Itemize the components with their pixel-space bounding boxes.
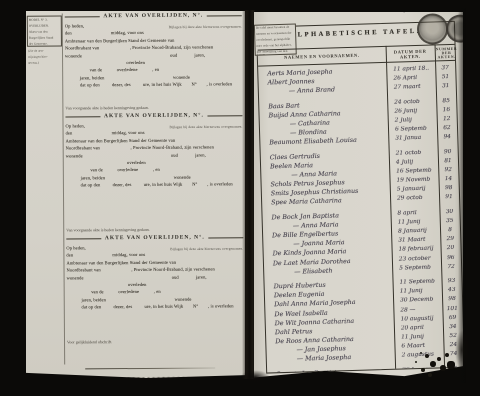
entry-number: 37 <box>435 65 455 72</box>
entry-date: 27 maart <box>387 84 436 91</box>
entry-date: 24 octob <box>387 98 436 105</box>
entry-date: 26 Januarij <box>395 366 444 373</box>
column-header-names: NAEMEN EN VOORNAEMEN. <box>258 52 386 61</box>
margin-label-box: MODEL N° 3.OVERLIJDEN.Akten van denBurge… <box>27 16 62 47</box>
entry-date: 11 Junij <box>391 218 440 225</box>
entry-date: 5 Septemb <box>392 264 441 271</box>
entry-number: 51 <box>435 74 455 81</box>
left-page: MODEL N° 3.OVERLIJDEN.Akten van denBurge… <box>26 11 245 378</box>
form-2-header: AKTE VAN OVERLIJDEN, N°. <box>65 112 242 119</box>
entry-number: 90 <box>438 148 458 155</box>
form-3-header: AKTE VAN OVERLIJDEN, N°. <box>66 234 243 241</box>
margin-label-line: MODEL N° 3. <box>29 19 60 22</box>
entry-number: 94 <box>437 134 457 141</box>
entry-number: 16 <box>436 107 456 114</box>
entry-date: 21 octob <box>389 149 438 156</box>
header-rule <box>65 116 100 117</box>
entry-number: 62 <box>437 125 457 132</box>
death-certificate-form-3: AKTE VAN OVERLIJDEN, N°. Bijlagen bij de… <box>66 234 244 347</box>
form-printed-line: dat op den dezer, des ure, in het huis W… <box>67 302 244 311</box>
entry-number: 12 <box>437 116 457 123</box>
form-printed-line: dat op den dezer, des ure, in het huis W… <box>65 81 242 90</box>
handwritten-caption: Overlijden <box>402 6 431 15</box>
entry-number: 30 <box>439 208 459 215</box>
entry-name: Smeets Jan Baptista <box>267 367 395 372</box>
signature-line <box>85 367 215 369</box>
entry-number: 91 <box>439 194 459 201</box>
page-edge-shadow <box>458 8 466 383</box>
entry-date: 11 Junij <box>393 287 442 294</box>
corner-note-line: naemen en voornaemen der <box>256 32 294 36</box>
form-2-title: AKTE VAN OVERLIJDEN, N°. <box>104 113 204 120</box>
form-2-footer: Van voorgaande akte is heden kennisgevin… <box>66 227 149 233</box>
margin-note: (Zie de aen-wijzingen hier-nevens.) <box>28 50 62 68</box>
death-certificate-form-1: AKTE VAN OVERLIJDEN, N°. Bijlagen bij de… <box>65 12 243 113</box>
entry-date: 16 Septemb <box>389 167 438 174</box>
right-page: Overlijden ALPHABETISCHE TAFEL. De tafel… <box>254 12 463 379</box>
entry-number: 14 <box>438 176 458 183</box>
column-header-numbers: NUMMER DER AKTEN. <box>435 46 459 59</box>
entry-date: 28 — <box>393 306 442 313</box>
corner-note-line: De tafel moet bevatten de <box>256 26 294 30</box>
column-header-dates: DATUM DER AKTEN. <box>386 48 435 59</box>
form-3-margin-note: Bijlagen bij deze akte hiernevens overge… <box>170 246 243 251</box>
death-certificate-form-2: AKTE VAN OVERLIJDEN, N°. Bijlagen bij de… <box>65 112 243 235</box>
form-1-margin-note: Bijlagen bij deze akte hiernevens overge… <box>169 24 242 29</box>
margin-label-line: OVERLIJDEN. <box>29 25 60 28</box>
form-1-footer: Van voorgaande akte is heden kennisgevin… <box>65 105 148 111</box>
alphabetical-table: Overlijden ALPHABETISCHE TAFEL. De tafel… <box>256 21 465 374</box>
form-3-footer: Voor gelijkluidend afschrift. <box>67 339 112 344</box>
form-column: AKTE VAN OVERLIJDEN, N°. Bijlagen bij de… <box>65 12 244 347</box>
bottom-dotted-rule <box>37 376 247 378</box>
form-2-margin-note: Bijlagen bij deze akte hiernevens overge… <box>169 124 242 129</box>
entry-date: 18 februarij <box>392 246 441 253</box>
entry-date: 8 Januarij <box>391 227 440 234</box>
entry-date: 6 Septemb <box>388 126 437 133</box>
entry-date: 31 Maart <box>391 237 440 244</box>
margin-note-line: nevens.) <box>28 62 62 65</box>
header-rule <box>209 237 244 238</box>
form-2-lines: Op heden,den middag, voor onsAmbtenaar v… <box>65 121 242 189</box>
entry-date: 20 april <box>394 324 443 331</box>
entry-date: 6 Maart <box>394 343 443 350</box>
entry-date: 4 Julij <box>389 158 438 165</box>
entry-number: 85 <box>436 97 456 104</box>
entry-date: 23 october <box>392 255 441 262</box>
page-binding-crease <box>242 10 255 379</box>
entry-date: 10 augustij <box>394 315 443 322</box>
entry-date: 2 Julij <box>388 116 437 123</box>
entry-date: 26 Junij <box>387 107 436 114</box>
entry-date: 11 Septemb <box>392 278 441 285</box>
margin-note-line: wijzingen hier- <box>28 56 62 59</box>
form-3-lines: Op heden,den middag, voor onsAmbtenaar v… <box>66 243 243 311</box>
entry-date: 30 Decemb <box>393 297 442 304</box>
entry-number: 35 <box>440 218 460 225</box>
corner-note-line: overledenen, gerangschikt <box>256 38 294 42</box>
index-rows: Aerts Maria Josepha 11 april 18.. 37 Alb… <box>258 61 464 373</box>
scan-noise <box>420 352 422 354</box>
form-1-title: AKTE VAN OVERLIJDEN, N°. <box>103 13 203 20</box>
table-row: Smeets Jan Baptista 26 Januarij 11 <box>267 365 464 372</box>
entry-date: 31 Janua <box>388 135 437 142</box>
entry-number: 31 <box>436 83 456 90</box>
form-3-title: AKTE VAN OVERLIJDEN, N°. <box>105 235 205 242</box>
header-rule <box>208 115 243 116</box>
entry-number: 81 <box>438 157 458 164</box>
form-printed-line: dat op den dezer, des ure, in het huis W… <box>66 180 243 189</box>
corner-note-line: naer orde van het alphabet, <box>256 44 294 48</box>
entry-number: 98 <box>439 185 459 192</box>
margin-label-line: Burgerlijken Stand <box>29 37 60 40</box>
header-rule <box>66 238 101 239</box>
entry-date: 19 Novemb <box>389 176 438 183</box>
header-rule <box>65 16 100 17</box>
entry-date: 26 April <box>386 75 435 82</box>
header-rule <box>207 15 242 16</box>
left-page-content: MODEL N° 3.OVERLIJDEN.Akten van denBurge… <box>25 10 247 379</box>
entry-number: 92 <box>438 167 458 174</box>
entry-date: 8 april <box>390 209 439 216</box>
entry-date: 11 april 18.. <box>386 65 435 72</box>
entry-date: 11 Junij <box>394 333 443 340</box>
margin-note-line: (Zie de aen- <box>28 50 62 53</box>
margin-label-line: der Gemeente. <box>29 43 60 46</box>
entry-date: 29 octob <box>390 195 439 202</box>
entry-date: 5 Januarij <box>390 186 439 193</box>
margin-label-line: Akten van den <box>29 31 60 34</box>
form-1-lines: Op heden,den middag, voor onsAmbtenaar v… <box>65 21 242 89</box>
form-1-header: AKTE VAN OVERLIJDEN, N°. <box>65 12 242 19</box>
